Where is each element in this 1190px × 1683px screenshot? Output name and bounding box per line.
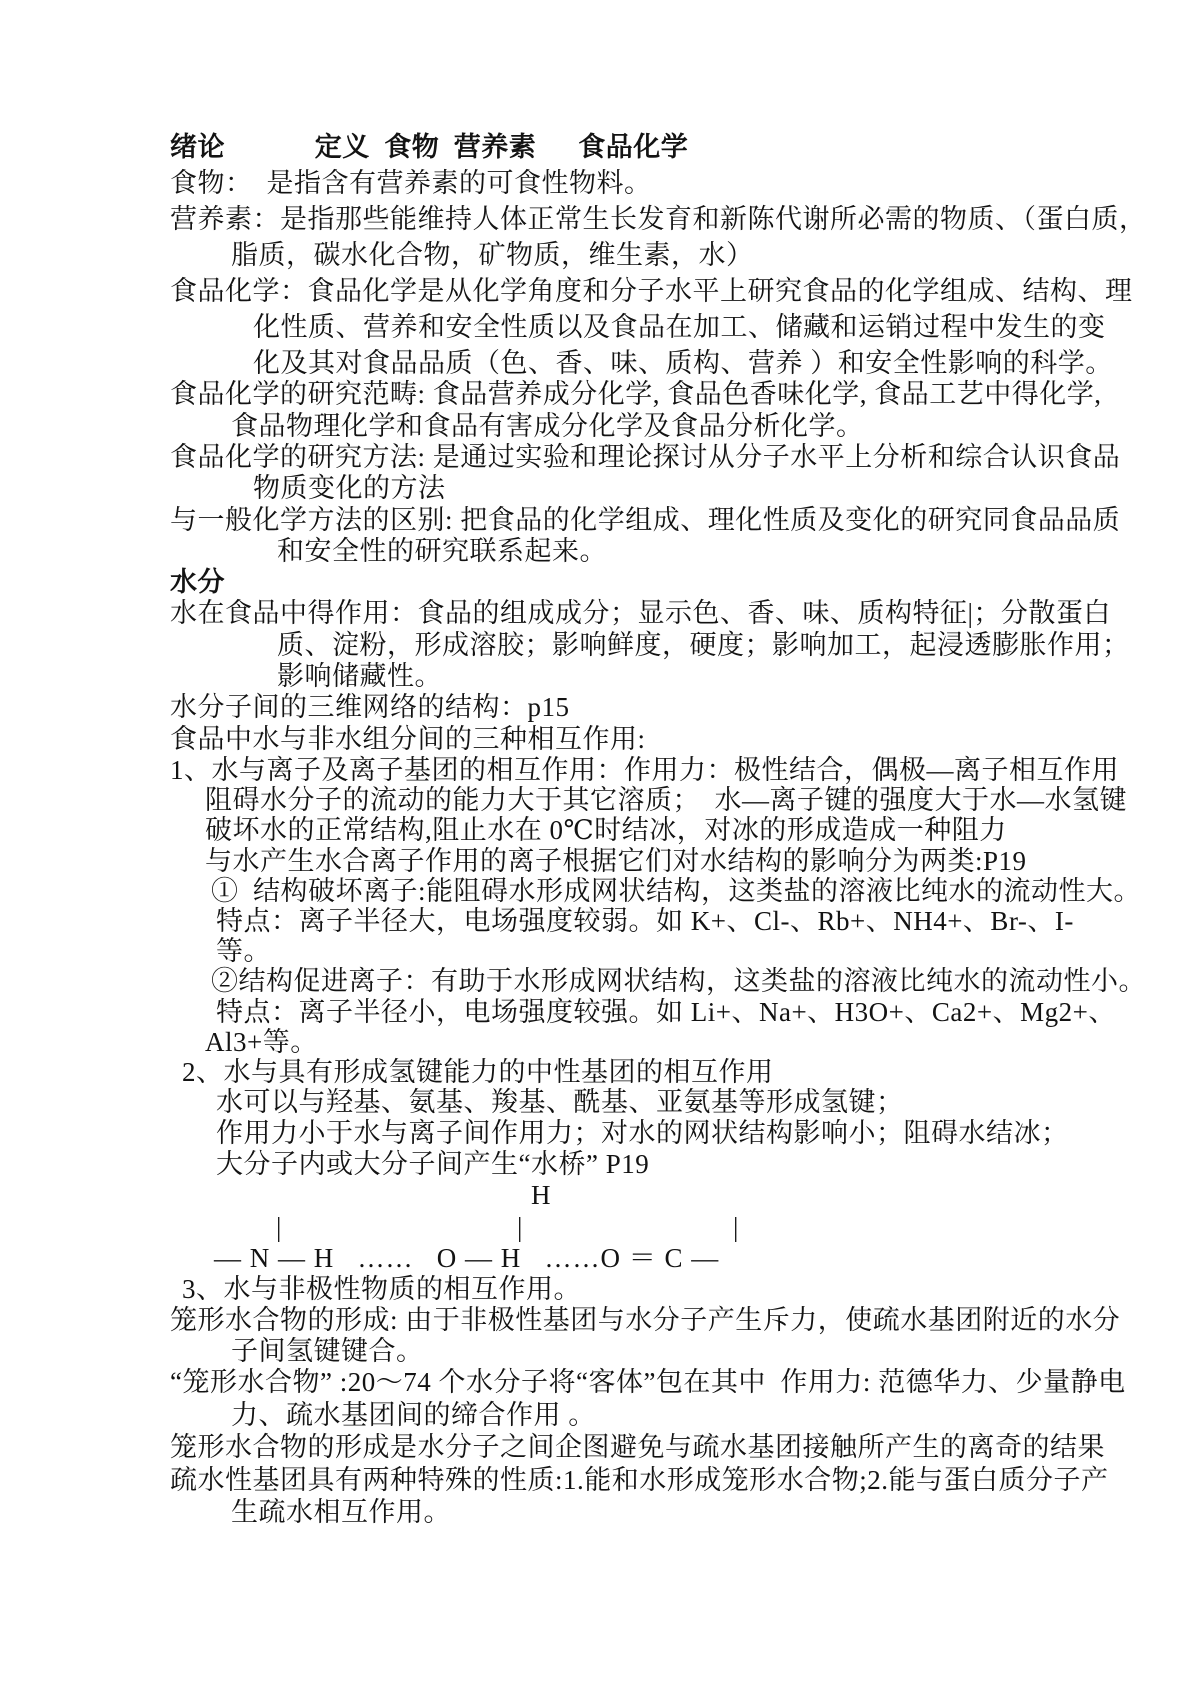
doc-line: 生疏水相互作用。: [231, 1497, 451, 1528]
doc-line: 食品中水与非水组分间的三种相互作用:: [170, 724, 646, 755]
section-heading: 绪论 定义 食物 营养素 食品化学: [170, 132, 688, 163]
doc-line: 质、淀粉，形成溶胶；影响鲜度，硬度；影响加工，起浸透膨胀作用；: [277, 630, 1130, 661]
doc-line: 水分子间的三维网络的结构：p15: [170, 692, 570, 723]
doc-line: 2、水与具有形成氢键能力的中性基团的相互作用: [182, 1057, 774, 1088]
doc-line: 疏水性基团具有两种特殊的性质:1.能和水形成笼形水合物;2.能与蛋白质分子产: [170, 1465, 1109, 1496]
doc-line: 等。: [216, 936, 271, 967]
doc-line: 阻碍水分子的流动的能力大于其它溶质； 水—离子键的强度大于水—水氢键: [205, 785, 1127, 816]
doc-line: Al3+等。: [205, 1027, 318, 1058]
doc-line: 特点：离子半径小，电场强度较强。如 Li+、Na+、H3O+、Ca2+、Mg2+…: [216, 997, 1116, 1028]
doc-line: 大分子内或大分子间产生“水桥” P19: [216, 1149, 649, 1180]
doc-line: 3、水与非极性物质的相互作用。: [182, 1274, 581, 1305]
document-page: 绪论 定义 食物 营养素 食品化学食物： 是指含有营养素的可食性物料。营养素：是…: [0, 0, 1190, 1683]
hydrogen-bond-chain: — N — H …… O — H ……O ＝ C —: [214, 1243, 719, 1274]
doc-line: 笼形水合物的形成是水分子之间企图避免与疏水基团接触所产生的离奇的结果: [170, 1432, 1105, 1463]
doc-line: 化性质、营养和安全性质以及食品在加工、储藏和运销过程中发生的变: [253, 312, 1106, 343]
doc-line: 食品化学：食品化学是从化学角度和分子水平上研究食品的化学组成、结构、理: [170, 276, 1133, 307]
doc-line: 食品化学的研究方法: 是通过实验和理论探讨从分子水平上分析和综合认识食品: [170, 442, 1120, 473]
doc-line: 破坏水的正常结构,阻止水在 0℃时结冰，对冰的形成造成一种阻力: [205, 815, 1007, 846]
doc-line: 物质变化的方法: [253, 473, 446, 504]
vertical-bond-icon: |: [276, 1212, 281, 1243]
doc-line: 与水产生水合离子作用的离子根据它们对水结构的影响分为两类:P19: [205, 846, 1027, 877]
doc-line: 子间氢键键合。: [231, 1336, 424, 1367]
doc-line: 与一般化学方法的区别: 把食品的化学组成、理化性质及变化的研究同食品品质: [170, 505, 1120, 536]
doc-line: 营养素：是指那些能维持人体正常生长发育和新陈代谢所必需的物质、（蛋白质，: [170, 204, 1147, 235]
doc-line: 食品化学的研究范畴: 食品营养成分化学, 食品色香味化学, 食品工艺中得化学,: [170, 379, 1102, 410]
section-heading: 水分: [170, 567, 225, 598]
doc-line: 和安全性的研究联系起来。: [277, 536, 607, 567]
vertical-bond-icon: |: [733, 1212, 738, 1243]
doc-line: 影响储藏性。: [277, 661, 442, 692]
doc-line: 笼形水合物的形成: 由于非极性基团与水分子产生斥力，使疏水基团附近的水分: [170, 1305, 1120, 1336]
doc-line: 特点：离子半径大，电场强度较弱。如 K+、Cl-、Rb+、NH4+、Br-、I-: [216, 906, 1074, 937]
doc-line: “笼形水合物” :20～74 个水分子将“客体”包在其中 作用力: 范德华力、少…: [170, 1367, 1126, 1398]
water-bridge-bond-bars: |||: [0, 1212, 1190, 1244]
doc-line: 食物： 是指含有营养素的可食性物料。: [170, 168, 652, 199]
doc-line: 水可以与羟基、氨基、羧基、酰基、亚氨基等形成氢键；: [216, 1087, 904, 1118]
doc-line: 化及其对食品品质（色、香、味、质构、营养 ）和安全性影响的科学。: [253, 348, 1113, 379]
doc-line: 食品物理化学和食品有害成分化学及食品分析化学。: [231, 411, 864, 442]
doc-line: 水在食品中得作用：食品的组成成分；显示色、香、味、质构特征|；分散蛋白: [170, 598, 1111, 629]
doc-line: ②结构促进离子：有助于水形成网状结构，这类盐的溶液比纯水的流动性小。: [211, 966, 1146, 997]
vertical-bond-icon: |: [517, 1212, 522, 1243]
doc-line: 脂质，碳水化合物，矿物质，维生素，水）: [231, 240, 754, 271]
water-hydrogen-label: H: [531, 1180, 551, 1211]
doc-line: 力、疏水基团间的缔合作用 。: [231, 1400, 596, 1431]
doc-line: 作用力小于水与离子间作用力；对水的网状结构影响小；阻碍水结冰；: [216, 1118, 1069, 1149]
doc-line: 1、水与离子及离子基团的相互作用：作用力：极性结合，偶极—离子相互作用: [170, 755, 1119, 786]
doc-line: ① 结构破坏离子:能阻碍水形成网状结构，这类盐的溶液比纯水的流动性大。: [211, 876, 1141, 907]
